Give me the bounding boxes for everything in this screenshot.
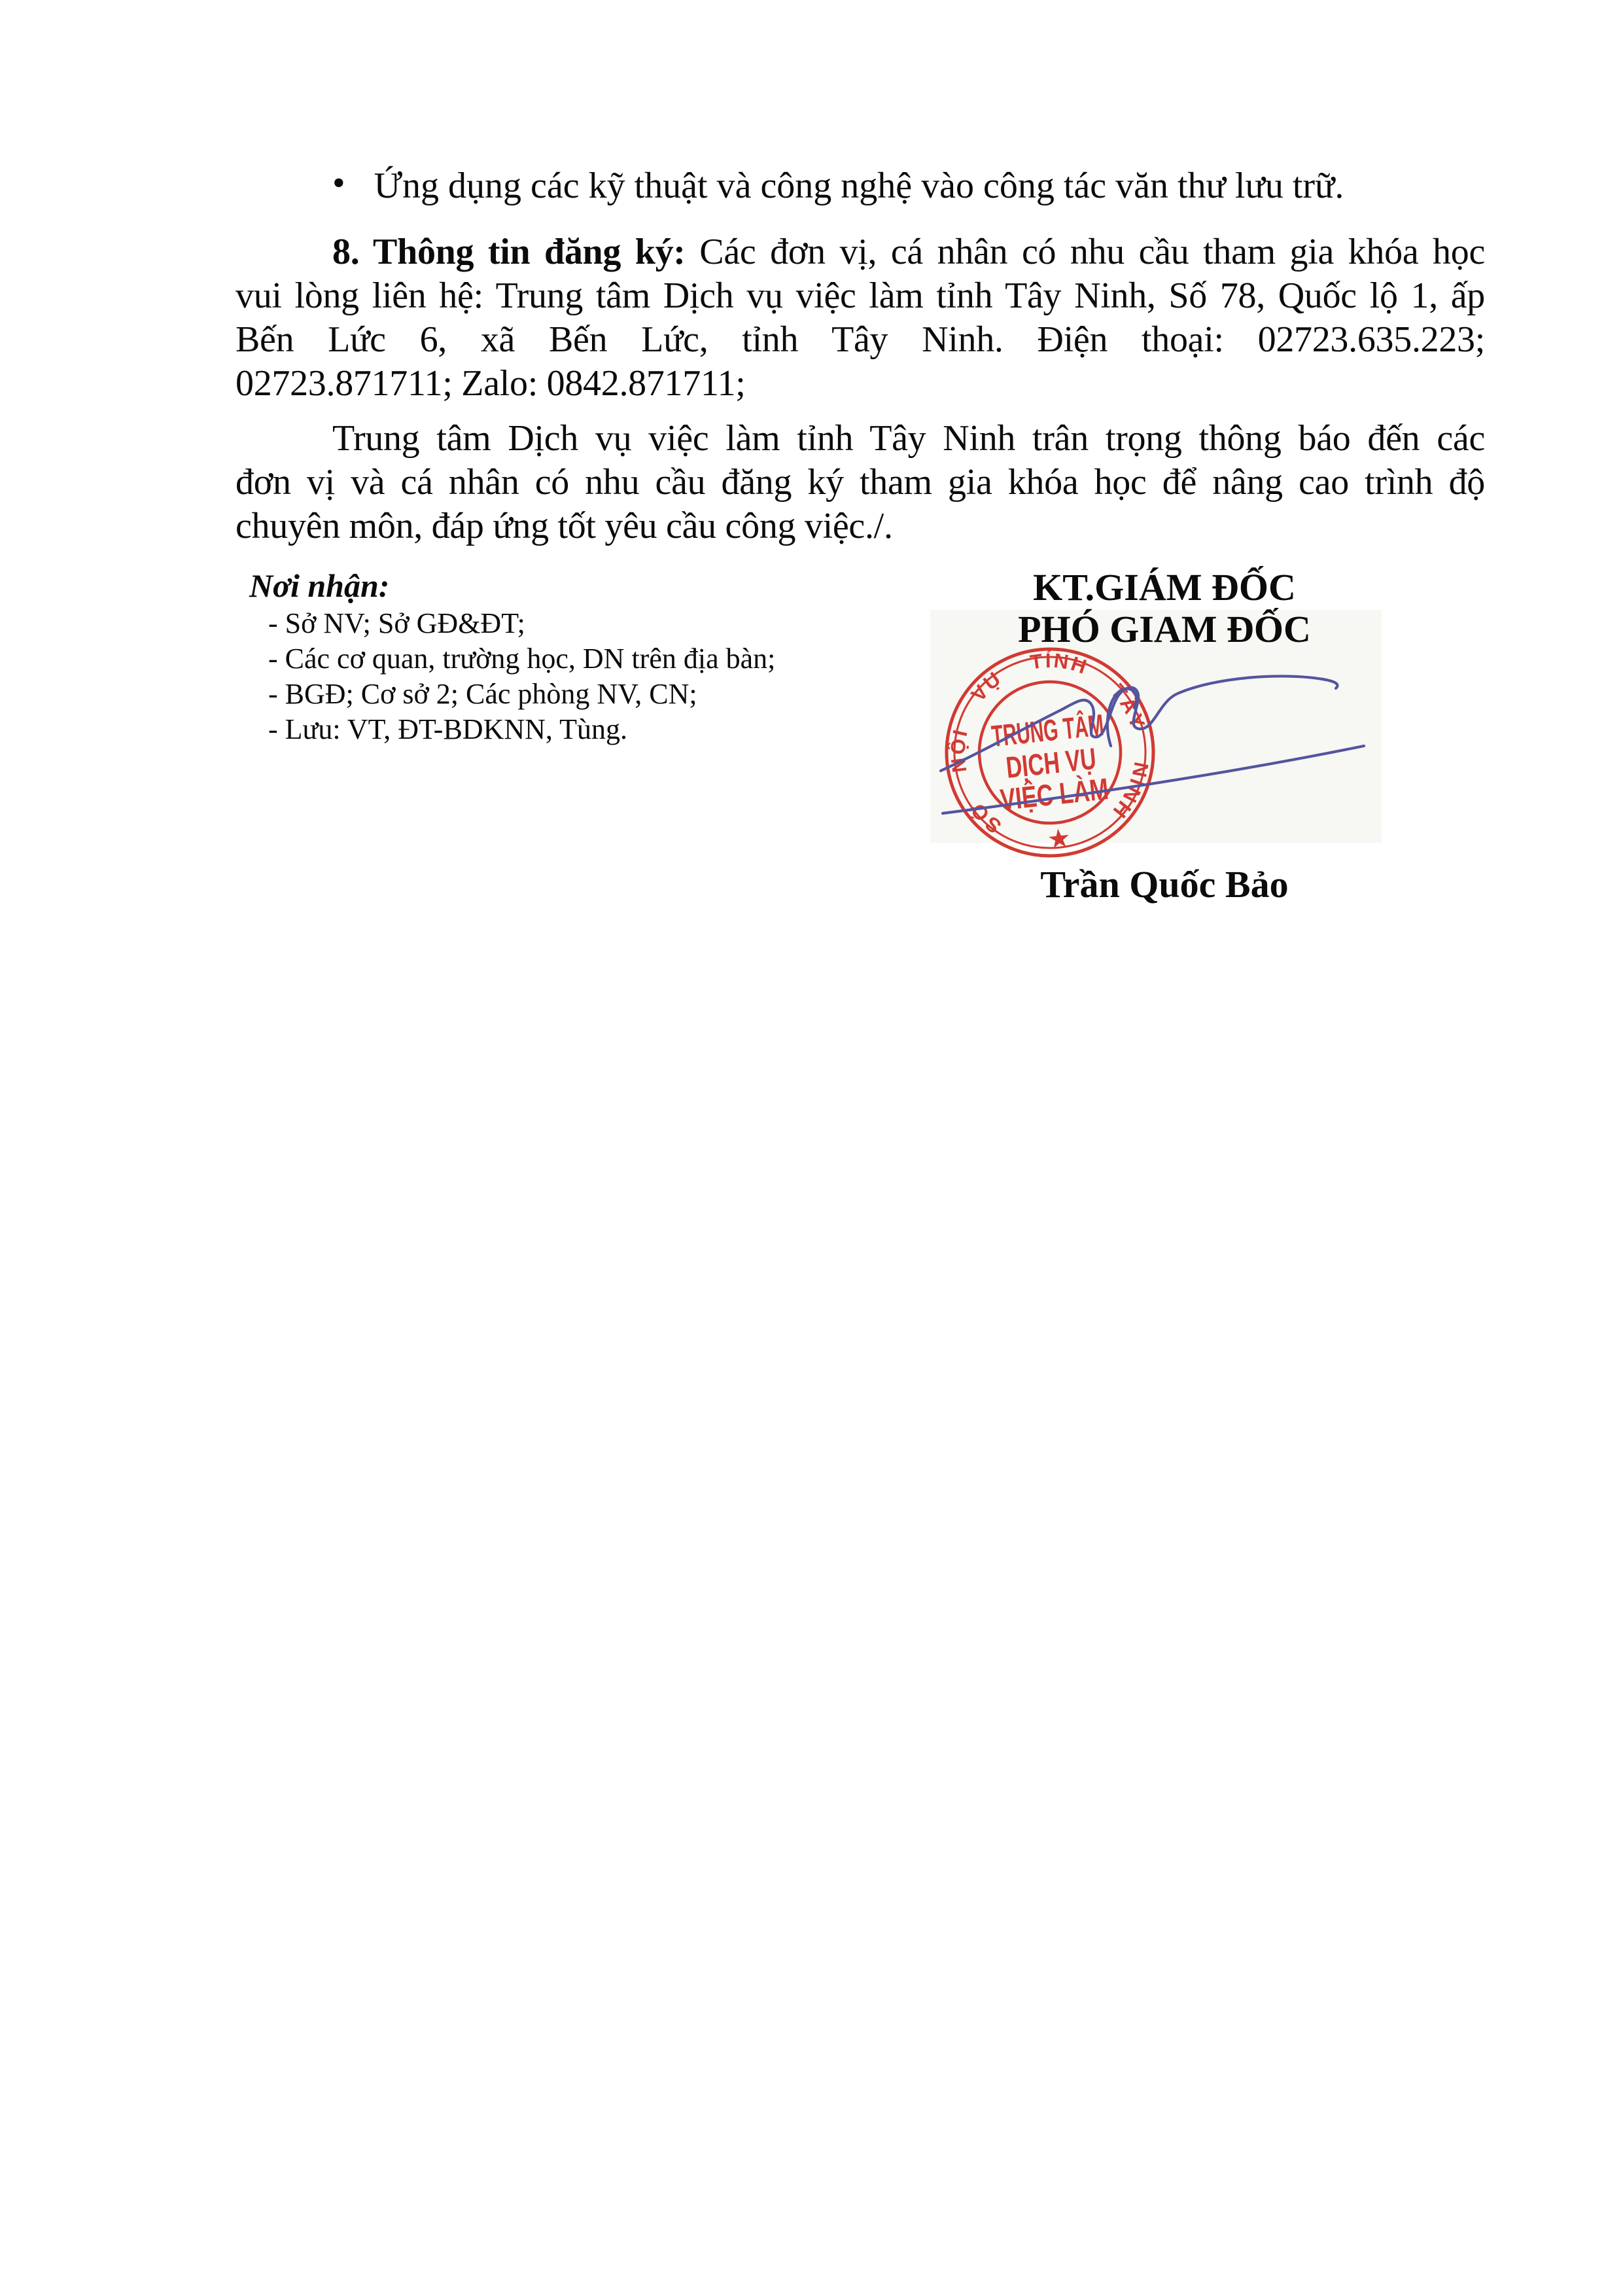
signer-position-line-1: KT.GIÁM ĐỐC <box>929 567 1400 609</box>
document-page: •Ứng dụng các kỹ thuật và công nghệ vào … <box>0 0 1623 2296</box>
recipients-heading: Nơi nhận: <box>249 567 389 604</box>
closing-line-3: chuyên môn, đáp ứng tốt yêu cầu công việ… <box>236 504 1485 548</box>
red-stamp: SỞ NỘI VỤ TỈNH TÂY NINH TRUNG TÂM DỊCH V… <box>935 639 1164 866</box>
recipient-item: - Lưu: VT, ĐT-BDKNN, Tùng. <box>268 712 775 747</box>
signer-name: Trần Quốc Bảo <box>929 862 1400 908</box>
bullet-item-text: Ứng dụng các kỹ thuật và công nghệ vào c… <box>374 166 1344 206</box>
closing-line-1: Trung tâm Dịch vụ việc làm tỉnh Tây Ninh… <box>236 417 1485 461</box>
closing-line-2: đơn vị và cá nhân có nhu cầu đăng ký tha… <box>236 461 1485 504</box>
recipient-item: - BGĐ; Cơ sở 2; Các phòng NV, CN; <box>268 677 775 712</box>
recipient-item: - Các cơ quan, trường học, DN trên địa b… <box>268 641 775 677</box>
bullet-marker-icon: • <box>332 162 345 205</box>
registration-line-4: 02723.871711; Zalo: 0842.871711; <box>236 362 1485 406</box>
recipients-list: - Sở NV; Sở GĐ&ĐT; - Các cơ quan, trường… <box>268 606 775 747</box>
registration-heading: 8. Thông tin đăng ký: <box>332 232 686 272</box>
closing-paragraph: Trung tâm Dịch vụ việc làm tỉnh Tây Ninh… <box>236 417 1485 548</box>
recipient-item: - Sở NV; Sở GĐ&ĐT; <box>268 606 775 641</box>
stamp-star-icon: ★ <box>1046 824 1072 855</box>
registration-line-3: Bến Lức 6, xã Bến Lức, tỉnh Tây Ninh. Đi… <box>236 318 1485 362</box>
registration-line-1-text: Các đơn vị, cá nhân có nhu cầu tham gia … <box>686 232 1485 272</box>
registration-paragraph: 8. Thông tin đăng ký: Các đơn vị, cá nhâ… <box>236 230 1485 406</box>
registration-line-1: 8. Thông tin đăng ký: Các đơn vị, cá nhâ… <box>236 230 1485 274</box>
registration-line-2: vui lòng liên hệ: Trung tâm Dịch vụ việc… <box>236 274 1485 318</box>
bullet-item: •Ứng dụng các kỹ thuật và công nghệ vào … <box>236 164 1485 208</box>
